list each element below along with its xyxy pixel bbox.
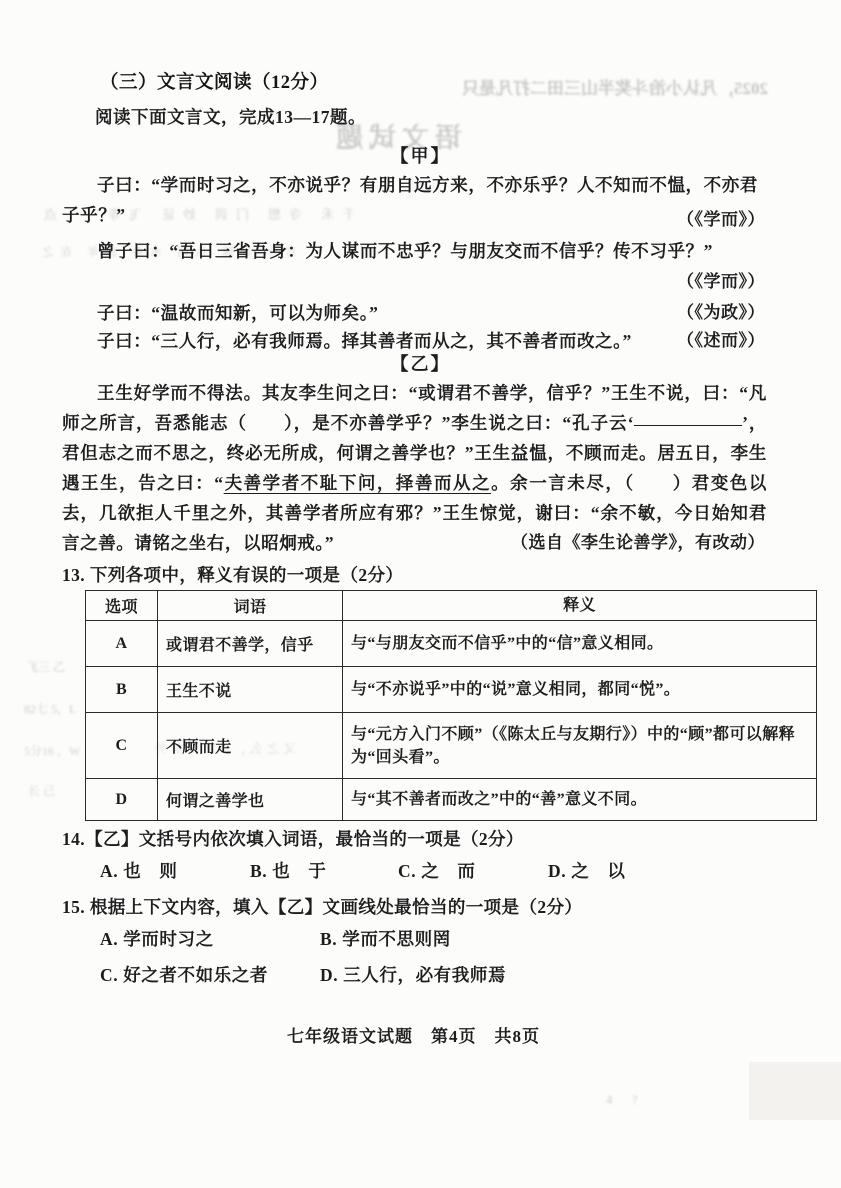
table-row: C 不顾而走 与“元方入门不顾”（《陈太丘与友期行》）中的“顾”都可以解释为“回…: [86, 713, 817, 779]
table-row: D 何谓之善学也 与“其不善者而改之”中的“善”意义不同。: [86, 779, 817, 821]
table-row: A 或谓君不善学，信乎 与“与朋友交而不信乎”中的“信”意义相同。: [86, 621, 817, 667]
q13-header-word: 词语: [158, 591, 343, 621]
q13-row-b-meaning: 与“不亦说乎”中的“说”意义相同，都同“悦”。: [343, 667, 817, 713]
bleed-artifact: 飞三 乙: [26, 658, 65, 675]
question-14-label: 14.【乙】文括号内依次填入词语，最恰当的一项是（2分）: [62, 826, 524, 851]
section-title: （三）文言文阅读（12分）: [100, 68, 329, 94]
q13-row-c-meaning: 与“元方入门不顾”（《陈太丘与友期行》）中的“顾”都可以解释为“回头看”。: [343, 713, 817, 779]
question-15-label: 15. 根据上下文内容，填入【乙】文画线处最恰当的一项是（2分）: [62, 894, 582, 919]
jia-quote-4-source: （《述而》）: [677, 326, 765, 351]
q13-table-header-row: 选项 词语 释义: [86, 591, 817, 621]
q15-option-a: A. 学而时习之: [100, 926, 214, 951]
jia-quote-2-source: （《学而》）: [677, 267, 765, 292]
table-row: B 王生不说 与“不亦说乎”中的“说”意义相同，都同“悦”。: [86, 667, 817, 713]
q13-table: 选项 词语 释义 A 或谓君不善学，信乎 与“与朋友交而不信乎”中的“信”意义相…: [85, 590, 817, 821]
bleed-artifact: 82七 5，L: [24, 700, 76, 717]
q13-header-option: 选项: [86, 591, 158, 621]
bleed-artifact: 长 己: [28, 782, 55, 799]
q13-row-c-word: 不顾而走: [158, 713, 343, 779]
q14-option-c: C. 之 而: [398, 858, 476, 883]
question-13-label: 13. 下列各项中，释义有误的一项是（2分）: [62, 562, 403, 587]
exam-page: 2025，凡认小治斗奖半山三田二打凡是只 语文试题 千禾 寺想 门训 妙证 飞等…: [0, 0, 841, 1188]
yi-passage-underlined: 夫善学者不耻下问，择善而从之: [224, 473, 491, 493]
page-footer: 七年级语文试题 第4页 共8页: [287, 1022, 540, 1047]
jia-quote-1-source: （《学而》）: [677, 205, 765, 230]
q13-row-d-meaning: 与“其不善者而改之”中的“善”意义不同。: [343, 779, 817, 821]
q13-header-meaning: 释义: [343, 591, 817, 621]
q14-option-b: B. 也 于: [250, 858, 327, 883]
scan-shadow-patch: [749, 1062, 841, 1120]
q15-option-c: C. 好之者不如乐之者: [100, 962, 268, 987]
q14-option-a: A. 也 则: [100, 858, 178, 883]
q14-option-d: D. 之 以: [548, 858, 626, 883]
jia-quote-2: 曾子曰：“吾日三省吾身：为人谋而不忠乎？与朋友交而不信乎？传不习乎？”: [62, 236, 767, 266]
q13-row-a-meaning: 与“与朋友交而不信乎”中的“信”意义相同。: [343, 621, 817, 667]
yi-passage-source: （选自《李生论善学》，有改动）: [511, 528, 765, 553]
q13-row-a-word: 或谓君不善学，信乎: [158, 621, 343, 667]
q13-row-c-option: C: [86, 713, 158, 779]
passage-intro: 阅读下面文言文，完成13—17题。: [95, 104, 366, 129]
q15-option-d: D. 三人行，必有我师焉: [320, 962, 506, 987]
part-yi-label: 【乙】: [0, 350, 841, 376]
q13-row-a-option: A: [86, 621, 158, 667]
part-jia-label: 【甲】: [0, 142, 841, 168]
q13-row-b-word: 王生不说: [158, 667, 343, 713]
jia-quote-3: 子曰：“温故而知新，可以为师矣。”: [62, 298, 767, 328]
bleed-artifact: 4 ?: [606, 1092, 646, 1108]
q13-row-d-word: 何谓之善学也: [158, 779, 343, 821]
jia-quote-1: 子曰：“学而时习之，不亦说乎？有朋自远方来，不亦乐乎？人不知而不愠，不亦君子乎？…: [62, 170, 767, 230]
q13-row-d-option: D: [86, 779, 158, 821]
jia-quote-3-source: （《为政》）: [677, 298, 765, 323]
bleed-artifact: 5分16 ，W: [24, 742, 80, 759]
q13-row-b-option: B: [86, 667, 158, 713]
yi-quote-blank-line: [634, 423, 742, 426]
q15-option-b: B. 学而不思则罔: [320, 926, 451, 951]
